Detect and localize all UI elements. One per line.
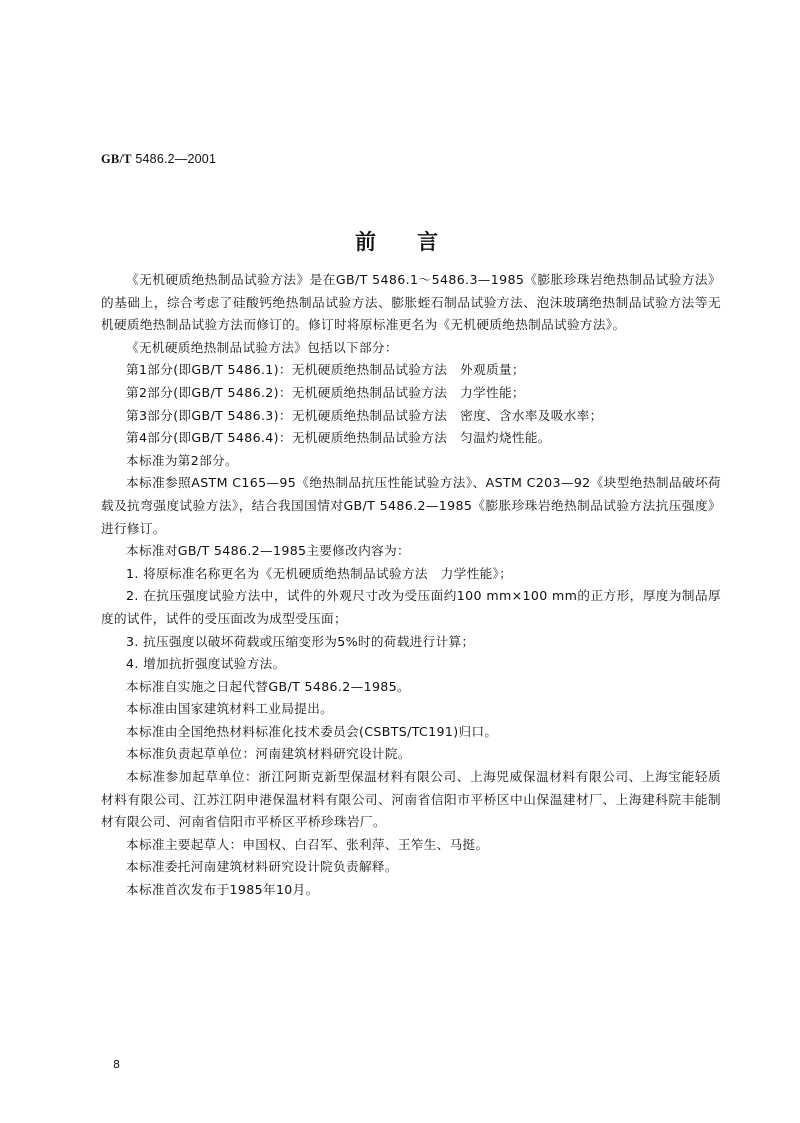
paragraph-managed-by: 本标准由全国绝热材料标准化技术委员会(CSBTS/TC191)归口。 xyxy=(101,721,721,744)
paragraph-drafting-unit: 本标准负责起草单位：河南建筑材料研究设计院。 xyxy=(101,743,721,766)
standard-number: 5486.2—2001 xyxy=(135,152,216,166)
page-title-char-2: 言 xyxy=(417,226,438,256)
standard-code-header: GB/T 5486.2—2001 xyxy=(101,152,216,167)
standard-prefix: GB/T xyxy=(101,152,132,166)
paragraph-changes-intro: 本标准对GB/T 5486.2—1985主要修改内容为： xyxy=(101,540,721,563)
paragraph-proposed-by: 本标准由国家建筑材料工业局提出。 xyxy=(101,698,721,721)
paragraph-part-4: 第4部分(即GB/T 5486.4)：无机硬质绝热制品试验方法 匀温灼烧性能。 xyxy=(101,427,721,450)
paragraph-intro: 《无机硬质绝热制品试验方法》是在GB/T 5486.1～5486.3—1985《… xyxy=(101,269,721,337)
page-title-char-1: 前 xyxy=(355,226,376,256)
paragraph-participating-units: 本标准参加起草单位：浙江阿斯克新型保温材料有限公司、上海兕威保温材料有限公司、上… xyxy=(101,766,721,834)
paragraph-drafters: 本标准主要起草人：申国权、白召军、张利萍、王笮生、马挺。 xyxy=(101,834,721,857)
paragraph-parts-intro: 《无机硬质绝热制品试验方法》包括以下部分： xyxy=(101,337,721,360)
paragraph-change-4: 4. 增加抗折强度试验方法。 xyxy=(101,653,721,676)
paragraph-this-part: 本标准为第2部分。 xyxy=(101,450,721,473)
paragraph-interpretation: 本标准委托河南建筑材料研究设计院负责解释。 xyxy=(101,856,721,879)
paragraph-part-2: 第2部分(即GB/T 5486.2)：无机硬质绝热制品试验方法 力学性能； xyxy=(101,382,721,405)
document-page: GB/T 5486.2—2001 前 言 《无机硬质绝热制品试验方法》是在GB/… xyxy=(0,0,800,1123)
paragraph-first-issued: 本标准首次发布于1985年10月。 xyxy=(101,879,721,902)
foreword-body: 《无机硬质绝热制品试验方法》是在GB/T 5486.1～5486.3—1985《… xyxy=(101,269,721,902)
paragraph-change-1: 1. 将原标准名称更名为《无机硬质绝热制品试验方法 力学性能》； xyxy=(101,563,721,586)
paragraph-part-3: 第3部分(即GB/T 5486.3)：无机硬质绝热制品试验方法 密度、含水率及吸… xyxy=(101,405,721,428)
paragraph-change-2: 2. 在抗压强度试验方法中，试件的外观尺寸改为受压面约100 mm×100 mm… xyxy=(101,585,721,630)
paragraph-part-1: 第1部分(即GB/T 5486.1)：无机硬质绝热制品试验方法 外观质量； xyxy=(101,359,721,382)
paragraph-replaces: 本标准自实施之日起代替GB/T 5486.2—1985。 xyxy=(101,676,721,699)
paragraph-change-3: 3. 抗压强度以破坏荷载或压缩变形为5%时的荷载进行计算； xyxy=(101,631,721,654)
paragraph-references: 本标准参照ASTM C165—95《绝热制品抗压性能试验方法》、ASTM C20… xyxy=(101,472,721,540)
page-number: 8 xyxy=(113,1058,120,1071)
